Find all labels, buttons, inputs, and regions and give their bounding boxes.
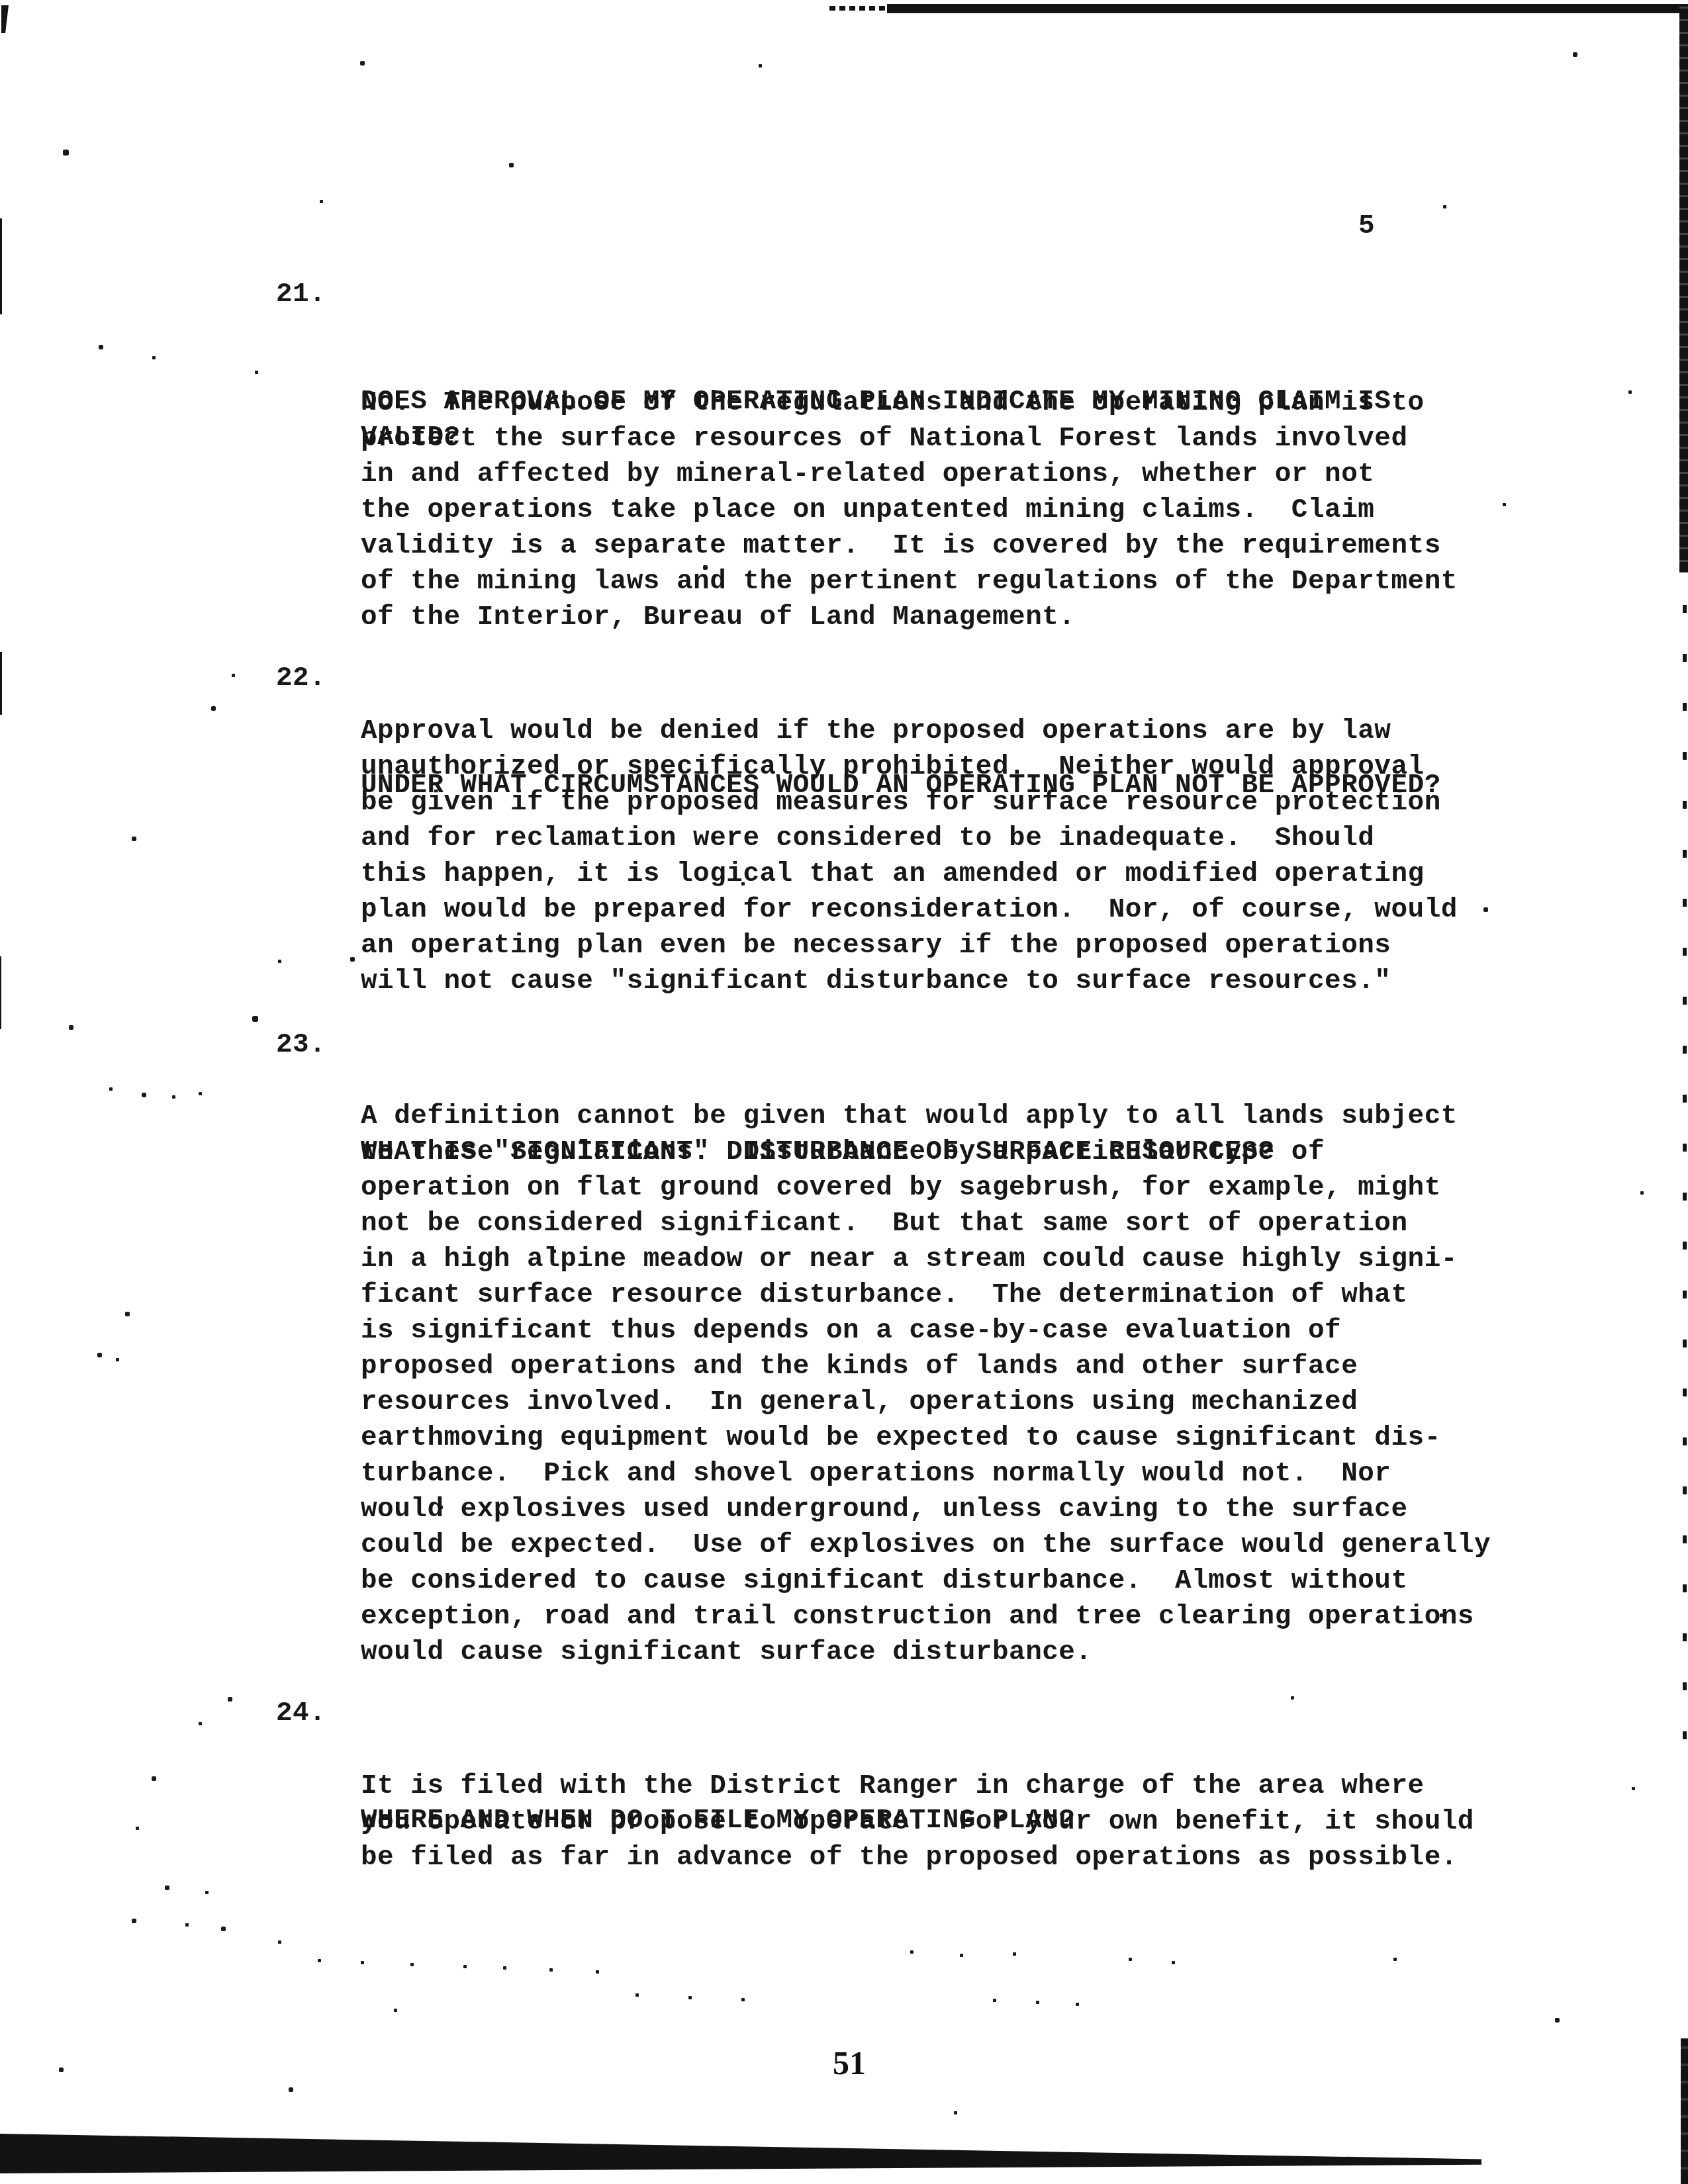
scan-artifact-bottom-bar <box>0 2134 1481 2173</box>
page-number-top: 5 <box>1358 208 1375 244</box>
scan-artifact-left-line <box>0 956 1 1029</box>
scan-artifact-left-line <box>0 652 2 715</box>
scan-noise-specks <box>0 0 3 3</box>
question-number: 21. <box>276 277 326 312</box>
question-number: 23. <box>276 1027 326 1063</box>
scan-artifact-top-bar <box>887 4 1688 13</box>
question-number: 24. <box>276 1696 326 1731</box>
answer-text-21: No. The purpose of the regulations and t… <box>361 385 1458 635</box>
answer-text-22: Approval would be denied if the proposed… <box>361 713 1458 999</box>
answer-text-23: A definition cannot be given that would … <box>361 1099 1491 1670</box>
page-number-bottom: 51 <box>833 2044 866 2082</box>
scan-artifact-right-edge-top <box>1679 7 1688 572</box>
scan-artifact-right-edge-bottom <box>1681 2038 1688 2184</box>
answer-text-24: It is filed with the District Ranger in … <box>361 1768 1474 1876</box>
scan-artifact-top-bar-dashes <box>829 6 890 11</box>
scan-artifact-right-edge-middle <box>1683 574 1687 1739</box>
scan-artifact-left-mark <box>1 5 9 33</box>
scan-artifact-left-line <box>0 218 2 314</box>
scanned-document-page: 5 21. DOES APPROVAL OF MY OPERATING PLAN… <box>0 0 1688 2184</box>
question-number: 22. <box>276 660 326 696</box>
